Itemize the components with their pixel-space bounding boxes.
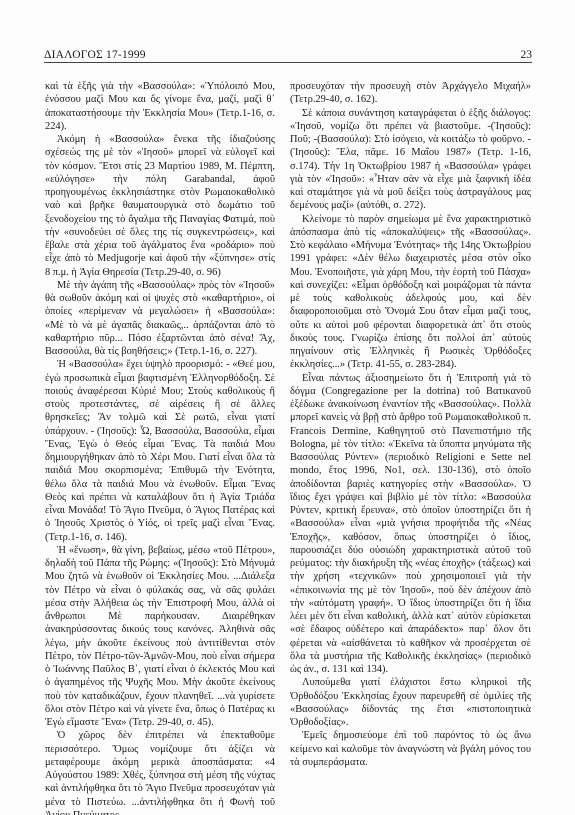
journal-title: ΔΙΑΛΟΓΟΣ 17-1999 xyxy=(44,49,146,61)
right-column: προσευχόταν τὴν προσευχὴ στὸν Ἀρχάγγελο … xyxy=(290,80,531,769)
page-number: 23 xyxy=(521,49,533,61)
left-column: καὶ τὰ ἑξῆς γιὰ τὴν «Βασσούλα»: «Ὑπόλοιπ… xyxy=(45,80,275,815)
paragraph: Ἡ «Βασσούλα» ἔχει ὑψηλὸ προορισμό: - «Θε… xyxy=(45,358,275,544)
paragraph: Ἐμεῖς δημοσιεύομε ἐπὶ τοῦ παρόντος τὸ ὡς… xyxy=(290,729,531,769)
paragraph: Ἡ «ἕνωση», θὰ γίνη, βεβαίως, μέσω «τοῦ Π… xyxy=(45,544,275,730)
running-header: ΔΙΑΛΟΓΟΣ 17-1999 23 xyxy=(44,46,532,63)
paragraph: Μὲ τὴν ἀγάπη τῆς «Βασσούλας» πρὸς τὸν «Ἰ… xyxy=(45,279,275,359)
paragraph: προσευχόταν τὴν προσευχὴ στὸν Ἀρχάγγελο … xyxy=(290,80,531,107)
paragraph: Ἀκόμη ἡ «Βασσούλα» ἕνεκα τῆς ἰδιαζούσης … xyxy=(45,133,275,279)
paragraph: καὶ τὰ ἑξῆς γιὰ τὴν «Βασσούλα»: «Ὑπόλοιπ… xyxy=(45,80,275,133)
paragraph: Σὲ κάποια συνάντηση καταγράφεται ὁ ἑξῆς … xyxy=(290,107,531,213)
paragraph: Λυπούμεθα γιατί ἐλάχιστοι ἔστω κληρικοὶ … xyxy=(290,676,531,729)
paragraph: Εἶναι πάντως ἀξιοσημείωτο ὅτι ἡ Ἐπιτροπὴ… xyxy=(290,372,531,677)
paragraph: Ὁ χῶρος δὲν ἐπιτρέπει νὰ ἐπεκταθοῦμε περ… xyxy=(45,729,275,815)
paragraph: Κλείνομε τὸ παρὸν σημείωμα μὲ ἕνα χαρακτ… xyxy=(290,213,531,372)
